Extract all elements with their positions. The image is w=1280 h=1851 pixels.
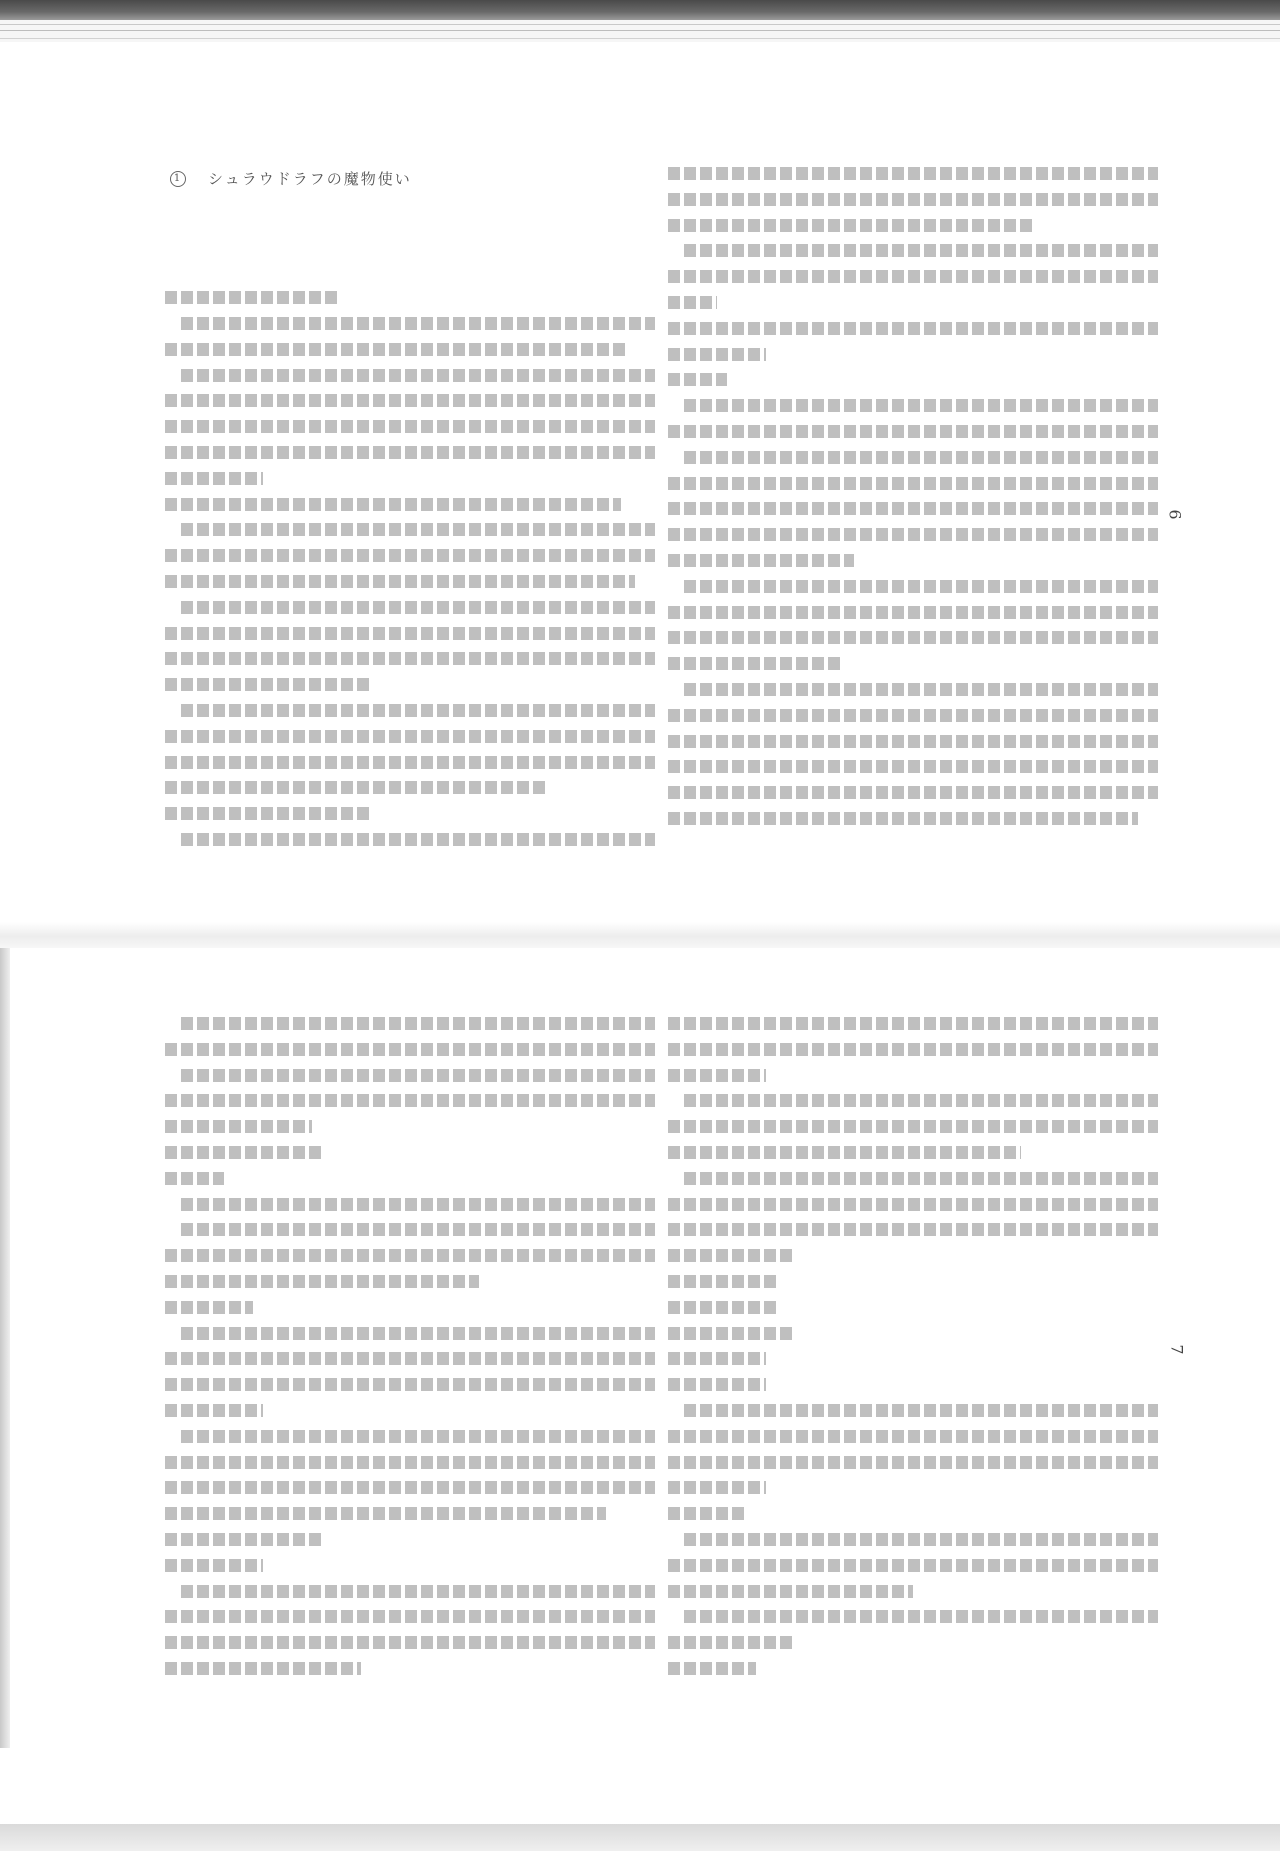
text-line-ink	[165, 420, 655, 433]
text-line	[165, 781, 655, 799]
text-line-ink	[165, 343, 626, 356]
text-line	[165, 627, 655, 645]
text-line	[165, 704, 655, 722]
text-line-ink	[181, 1198, 655, 1211]
text-line	[668, 528, 1158, 546]
text-line-ink	[165, 652, 655, 665]
text-line	[668, 167, 1158, 185]
text-line	[668, 1043, 1158, 1061]
text-line-ink	[165, 472, 263, 485]
text-line-ink	[165, 1610, 655, 1623]
text-line	[165, 240, 655, 258]
text-line-ink	[668, 1481, 766, 1494]
text-line-ink	[668, 528, 1158, 541]
text-line-ink	[165, 1662, 361, 1675]
text-line	[668, 1223, 1158, 1241]
text-line	[668, 1610, 1158, 1628]
text-line	[165, 343, 655, 361]
text-line	[165, 446, 655, 464]
text-line-ink	[684, 1404, 1158, 1417]
page-number-6: 6	[1166, 509, 1185, 519]
text-line-ink	[181, 601, 655, 614]
text-line	[668, 270, 1158, 288]
text-line-ink	[165, 1043, 655, 1056]
chapter-number: 1	[170, 171, 186, 187]
text-line-ink	[684, 580, 1158, 593]
text-line-ink	[165, 498, 621, 511]
text-line	[165, 1533, 655, 1551]
text-line-ink	[165, 1275, 479, 1288]
text-line-ink	[668, 1120, 1158, 1133]
text-line	[668, 1146, 1158, 1164]
text-line-ink	[181, 1017, 655, 1030]
text-line	[668, 1662, 1158, 1680]
text-line-ink	[668, 554, 854, 567]
text-line	[668, 322, 1158, 340]
text-line	[668, 709, 1158, 727]
page-6-left-column	[165, 188, 655, 859]
text-line-ink	[165, 678, 371, 691]
text-line-ink	[684, 1094, 1158, 1107]
text-line	[668, 1327, 1158, 1345]
text-line-ink	[668, 735, 1158, 748]
text-line-ink	[668, 348, 766, 361]
text-line-ink	[165, 1481, 655, 1494]
text-line-ink	[668, 1662, 756, 1675]
text-line	[165, 291, 655, 309]
text-line-ink	[668, 606, 1158, 619]
text-line-ink	[165, 730, 655, 743]
text-line-ink	[165, 1533, 322, 1546]
text-line	[165, 1378, 655, 1396]
text-line-ink	[165, 756, 655, 769]
text-line	[165, 1404, 655, 1422]
text-line	[165, 1249, 655, 1267]
text-line-ink	[165, 1301, 253, 1314]
text-line-ink	[165, 1507, 606, 1520]
text-line	[165, 601, 655, 619]
text-line-ink	[684, 1172, 1158, 1185]
text-line	[668, 1198, 1158, 1216]
text-line	[165, 265, 655, 283]
text-line	[165, 1301, 655, 1319]
text-line-ink	[668, 219, 1036, 232]
text-line	[165, 394, 655, 412]
text-line	[668, 812, 1158, 830]
scanner-edge-top	[0, 0, 1280, 20]
text-line-ink	[165, 1559, 263, 1572]
page-number-7: 7	[1168, 1344, 1187, 1354]
text-line-ink	[668, 193, 1158, 206]
text-line-ink	[668, 1585, 913, 1598]
text-line	[668, 580, 1158, 598]
text-line-ink	[165, 1249, 655, 1262]
page-6-right-column	[668, 165, 1158, 838]
chapter-title: シュラウドラフの魔物使い	[208, 168, 412, 189]
text-line-ink	[165, 575, 635, 588]
text-line-ink	[668, 760, 1158, 773]
text-line	[668, 477, 1158, 495]
text-line-ink	[668, 1636, 795, 1649]
text-line	[165, 807, 655, 825]
text-line	[668, 373, 1158, 391]
text-line	[668, 1275, 1158, 1293]
text-line-ink	[165, 1172, 224, 1185]
text-line	[668, 451, 1158, 469]
text-line-ink	[165, 1094, 655, 1107]
text-line-ink	[668, 167, 1158, 180]
text-line-ink	[181, 317, 655, 330]
text-line-ink	[684, 1533, 1158, 1546]
text-line	[165, 652, 655, 670]
text-line-ink	[684, 399, 1158, 412]
text-line	[165, 317, 655, 335]
text-line-ink	[165, 1378, 655, 1391]
text-line	[668, 1585, 1158, 1603]
text-line	[668, 1430, 1158, 1448]
text-line-ink	[684, 451, 1158, 464]
text-line	[668, 786, 1158, 804]
text-line	[668, 1069, 1158, 1087]
text-line-ink	[668, 1275, 776, 1288]
text-line	[165, 756, 655, 774]
text-line-ink	[181, 1327, 655, 1340]
text-line	[668, 1017, 1158, 1035]
text-line-ink	[181, 1069, 655, 1082]
text-line-ink	[668, 1456, 1158, 1469]
text-line	[165, 1662, 655, 1680]
text-line-ink	[668, 1223, 1158, 1236]
text-line-ink	[668, 657, 844, 670]
text-line-ink	[165, 807, 371, 820]
text-line	[668, 1456, 1158, 1474]
text-line	[165, 833, 655, 851]
text-line	[165, 1559, 655, 1577]
text-line-ink	[165, 1352, 655, 1365]
text-line-ink	[668, 1352, 766, 1365]
text-line	[668, 1636, 1158, 1654]
text-line-ink	[165, 781, 547, 794]
text-line	[668, 219, 1158, 237]
text-line	[668, 1249, 1158, 1267]
text-line	[165, 1069, 655, 1087]
text-line	[165, 575, 655, 593]
text-line	[668, 1404, 1158, 1422]
text-line	[165, 1636, 655, 1654]
text-line-ink	[684, 1610, 1158, 1623]
text-line-ink	[668, 1378, 766, 1391]
text-line	[165, 1172, 655, 1190]
text-line	[668, 735, 1158, 753]
text-line-ink	[668, 1069, 766, 1082]
text-line-ink	[165, 1636, 655, 1649]
text-line-ink	[181, 704, 655, 717]
page-fold-shadow	[0, 922, 1280, 948]
text-line	[668, 760, 1158, 778]
text-line	[165, 1094, 655, 1112]
text-line-ink	[668, 425, 1158, 438]
text-line-ink	[668, 1043, 1158, 1056]
page-left-edge-strip	[0, 948, 10, 1748]
text-line	[668, 1559, 1158, 1577]
text-line	[165, 1456, 655, 1474]
text-line-ink	[181, 523, 655, 536]
text-line	[668, 1094, 1158, 1112]
text-line-ink	[668, 1301, 776, 1314]
text-line	[668, 1481, 1158, 1499]
text-line-ink	[165, 1404, 263, 1417]
text-line	[668, 502, 1158, 520]
text-line-ink	[165, 1456, 655, 1469]
text-line	[668, 399, 1158, 417]
text-line-ink	[668, 812, 1138, 825]
text-line	[165, 1275, 655, 1293]
text-line-ink	[668, 1430, 1158, 1443]
text-line-ink	[165, 627, 655, 640]
text-line-ink	[668, 1017, 1158, 1030]
text-line	[165, 420, 655, 438]
text-line-ink	[165, 446, 655, 459]
text-line	[165, 498, 655, 516]
page-7-right-column	[668, 1015, 1158, 1688]
text-line	[668, 606, 1158, 624]
text-line	[668, 193, 1158, 211]
text-line	[668, 683, 1158, 701]
text-line	[165, 1507, 655, 1525]
text-line-ink	[165, 394, 655, 407]
text-line-ink	[684, 683, 1158, 696]
scanner-edge-bottom	[0, 1824, 1280, 1851]
text-line	[165, 1481, 655, 1499]
text-line	[668, 1533, 1158, 1551]
text-line	[668, 296, 1158, 314]
text-line-ink	[668, 1507, 746, 1520]
text-line	[165, 730, 655, 748]
text-line-ink	[181, 1223, 655, 1236]
text-line-ink	[181, 833, 655, 846]
text-line	[165, 472, 655, 490]
text-line-ink	[668, 502, 1158, 515]
text-line-ink	[181, 1585, 655, 1598]
text-line	[668, 425, 1158, 443]
text-line	[165, 549, 655, 567]
text-line	[165, 523, 655, 541]
text-line-ink	[165, 1120, 312, 1133]
text-line-ink	[668, 373, 727, 386]
text-line	[165, 1327, 655, 1345]
text-line-ink	[668, 1249, 795, 1262]
text-line-ink	[668, 1198, 1158, 1211]
text-line	[165, 1585, 655, 1603]
text-line	[165, 1223, 655, 1241]
chapter-heading: 1 シュラウドラフの魔物使い	[170, 168, 412, 189]
text-line	[668, 1378, 1158, 1396]
text-line	[165, 1120, 655, 1138]
text-line	[668, 554, 1158, 572]
text-line	[668, 1507, 1158, 1525]
text-line	[165, 1017, 655, 1035]
text-line-ink	[668, 296, 717, 309]
text-line	[668, 657, 1158, 675]
text-line	[165, 369, 655, 387]
text-line-ink	[668, 709, 1158, 722]
text-line-ink	[668, 786, 1158, 799]
text-line-ink	[668, 270, 1158, 283]
text-line-ink	[684, 244, 1158, 257]
text-line-ink	[165, 549, 655, 562]
text-line	[165, 214, 655, 232]
text-line-ink	[165, 1146, 322, 1159]
page-7-left-column	[165, 1015, 655, 1688]
text-line	[165, 678, 655, 696]
text-line	[668, 1301, 1158, 1319]
text-line-ink	[181, 1430, 655, 1443]
text-line	[165, 1610, 655, 1628]
text-line-ink	[165, 291, 341, 304]
page-stack-edges	[0, 20, 1280, 42]
text-line	[668, 631, 1158, 649]
text-line	[668, 1352, 1158, 1370]
text-line	[165, 188, 655, 206]
text-line	[165, 1043, 655, 1061]
text-line-ink	[668, 477, 1158, 490]
text-line-ink	[668, 1146, 1021, 1159]
text-line	[165, 1198, 655, 1216]
text-line	[165, 1146, 655, 1164]
text-line	[668, 1172, 1158, 1190]
text-line-ink	[668, 631, 1158, 644]
text-line-ink	[668, 1327, 795, 1340]
text-line-ink	[668, 322, 1158, 335]
text-line	[165, 1430, 655, 1448]
text-line-ink	[668, 1559, 1158, 1572]
text-line-ink	[181, 369, 655, 382]
text-line	[668, 348, 1158, 366]
text-line	[165, 1352, 655, 1370]
text-line	[668, 244, 1158, 262]
text-line	[668, 1120, 1158, 1138]
